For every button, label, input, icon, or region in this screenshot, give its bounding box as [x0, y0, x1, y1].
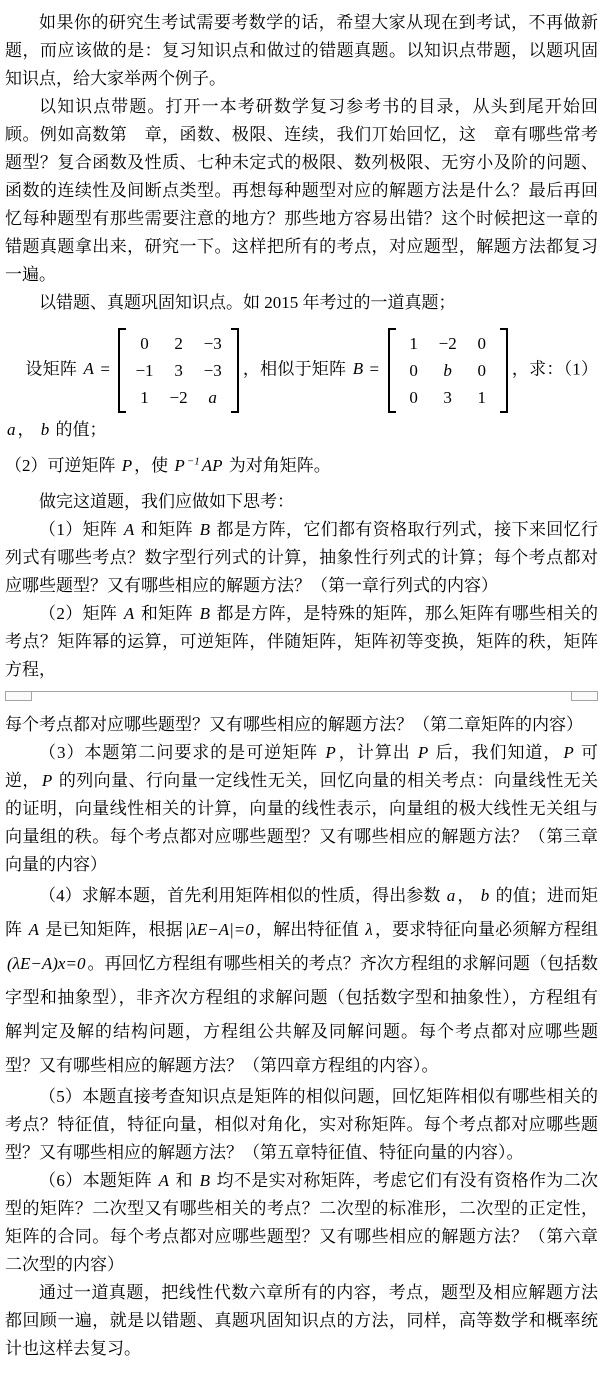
math-variable: P	[120, 456, 134, 475]
text-run: 以知识点带题。打开一本考研数学复习参考书的目录，从头到尾开始回顾。例如高数第 章…	[5, 97, 598, 284]
real-question-intro: 以错题、真题巩固知识点。如 2015 年考过的一道真题；	[5, 289, 598, 317]
text-run: ，计算出	[338, 743, 416, 762]
math-variable: A	[157, 1171, 171, 1190]
matrix-cell: 0	[473, 357, 491, 384]
matrix-cell: 2	[170, 330, 188, 357]
text-run: ，	[457, 886, 479, 905]
think-item-1: （1）矩阵 A 和矩阵 B 都是方阵，它们都有资格取行列式，接下来回忆行列式有哪…	[5, 516, 598, 600]
matrix-cell: 3	[439, 384, 457, 411]
knowledge-point-paragraph: 以知识点带题。打开一本考研数学复习参考书的目录，从头到尾开始回顾。例如高数第 章…	[5, 93, 598, 289]
think-item-3: （3）本题第二问要求的是可逆矩阵 P，计算出 P 后，我们知道，P 可逆，P 的…	[5, 739, 598, 879]
math-variable: A	[122, 520, 136, 539]
math-variable: P	[323, 743, 337, 762]
text-run: =	[96, 359, 115, 378]
matrix-cell: 0	[405, 357, 423, 384]
math-variable: P	[561, 743, 575, 762]
text-run: ，	[18, 420, 39, 439]
math-variable: P	[40, 771, 54, 790]
document-page: 如果你的研究生考试需要考数学的话，希望大家从现在到考试，不再做新题，而应该做的是…	[0, 0, 603, 1375]
text-run: 以错题、真题巩固知识点。如 2015 年考过的一道真题；	[39, 293, 456, 312]
math-variable: P	[416, 743, 430, 762]
text-run: （6）本题矩阵	[39, 1171, 157, 1190]
sub-question-2: （2）可逆矩阵 P，使 P−1AP 为对角矩阵。	[5, 452, 598, 480]
text-run: 通过一道真题，把线性代数六章所有的内容，考点，题型及相应解题方法都回顾一遍，就是…	[5, 1283, 598, 1358]
math-variable: B	[198, 604, 212, 623]
document-body: 如果你的研究生考试需要考数学的话，希望大家从现在到考试，不再做新题，而应该做的是…	[5, 9, 598, 1363]
math-variable: |λE−A|=0	[183, 920, 256, 939]
math-variable: (λE−A)x=0	[5, 954, 87, 973]
text-run: （5）本题直接考查知识点是矩阵的相似问题，回忆矩阵相似有哪些相关的考点？特征值，…	[5, 1087, 598, 1162]
matrix-cell: 0	[405, 384, 423, 411]
text-run: 做完这道题，我们应做如下思考：	[39, 492, 294, 511]
matrix-cell: 0	[135, 330, 153, 357]
matrix-problem-line: 设矩阵 A = 02−3−13−31−2a，相似于矩阵 B = 1−200b00…	[5, 325, 598, 444]
math-variable: P	[172, 456, 186, 475]
text-run: 和矩阵	[136, 520, 197, 539]
text-run: （2）可逆矩阵	[5, 456, 120, 475]
text-run: =	[365, 359, 384, 378]
think-item-2-part1: （2）矩阵 A 和矩阵 B 都是方阵，是特殊的矩阵，那么矩阵有哪些相关的考点？矩…	[5, 600, 598, 684]
matrix-bracket-right	[231, 328, 239, 413]
math-variable: λ	[363, 920, 374, 939]
text-run: ，要求特征向量必须解方程组	[375, 920, 598, 939]
math-variable: A	[122, 604, 136, 623]
page-break-tab-left	[5, 691, 32, 701]
matrix-cell: a	[204, 384, 222, 411]
math-variable: a	[445, 886, 458, 905]
text-run: 的值；	[51, 420, 106, 439]
matrix-B: 1−200b0031	[388, 328, 508, 413]
math-variable: A	[27, 920, 41, 939]
think-item-4: （4）求解本题，首先利用矩阵相似的性质，得出参数 a， b 的值；进而矩阵 A …	[5, 879, 598, 1083]
matrix-cell: −3	[204, 330, 222, 357]
think-intro: 做完这道题，我们应做如下思考：	[5, 488, 598, 516]
text-run: 为对角矩阵。	[225, 456, 331, 475]
matrix-entries: 02−3−13−31−2a	[126, 328, 230, 413]
matrix-cell: −2	[439, 330, 457, 357]
math-variable: A	[82, 359, 96, 378]
math-superscript: −1	[187, 455, 200, 467]
text-run: 设矩阵	[25, 359, 81, 378]
page-break-line	[5, 691, 598, 692]
think-item-5: （5）本题直接考查知识点是矩阵的相似问题，回忆矩阵相似有哪些相关的考点？特征值，…	[5, 1083, 598, 1167]
closing-paragraph: 通过一道真题，把线性代数六章所有的内容，考点，题型及相应解题方法都回顾一遍，就是…	[5, 1279, 598, 1363]
text-run: 是已知矩阵，根据	[41, 920, 183, 939]
matrix-entries: 1−200b0031	[396, 328, 500, 413]
text-run: ，相似于矩阵	[243, 359, 351, 378]
text-run: （3）本题第二问要求的是可逆矩阵	[39, 743, 323, 762]
matrix-bracket-left	[118, 328, 126, 413]
math-variable: B	[198, 520, 212, 539]
matrix-cell: 1	[405, 330, 423, 357]
text-run: （1）矩阵	[39, 520, 122, 539]
text-run: 后，我们知道，	[430, 743, 561, 762]
text-run: （2）矩阵	[39, 604, 122, 623]
text-run: ，求：（1）	[512, 359, 598, 378]
matrix-cell: 1	[135, 384, 153, 411]
text-run: 每个考点都对应哪些题型？又有哪些相应的解题方法？（第二章矩阵的内容）	[5, 715, 583, 734]
math-variable: B	[351, 359, 365, 378]
matrix-A: 02−3−13−31−2a	[118, 328, 238, 413]
matrix-cell: 3	[170, 357, 188, 384]
text-run: 的列向量、行向量一定线性无关，回忆向量的相关考点：向量线性无关的证明，向量线性相…	[5, 771, 598, 874]
text-run: ，解出特征值	[256, 920, 364, 939]
matrix-cell: 1	[473, 384, 491, 411]
text-run: （4）求解本题，首先利用矩阵相似的性质，得出参数	[39, 886, 445, 905]
text-run: 和矩阵	[136, 604, 197, 623]
math-variable: a	[5, 420, 18, 439]
math-variable: b	[479, 886, 492, 905]
intro-paragraph: 如果你的研究生考试需要考数学的话，希望大家从现在到考试，不再做新题，而应该做的是…	[5, 9, 598, 93]
think-item-2-part2: 每个考点都对应哪些题型？又有哪些相应的解题方法？（第二章矩阵的内容）	[5, 711, 598, 739]
page-break-divider	[5, 691, 598, 702]
text-run: 。再回忆方程组有哪些相关的考点？齐次方程组的求解问题（包括数字型和抽象型），非齐…	[5, 954, 598, 1075]
text-run: ，使	[134, 456, 172, 475]
matrix-cell: −1	[135, 357, 153, 384]
math-variable: AP	[200, 456, 225, 475]
text-run: 如果你的研究生考试需要考数学的话，希望大家从现在到考试，不再做新题，而应该做的是…	[5, 13, 598, 88]
math-variable: b	[39, 420, 52, 439]
math-variable: B	[198, 1171, 212, 1190]
page-break-tab-right	[571, 691, 598, 701]
matrix-cell: −3	[204, 357, 222, 384]
matrix-cell: b	[439, 357, 457, 384]
matrix-cell: 0	[473, 330, 491, 357]
matrix-cell: −2	[170, 384, 188, 411]
matrix-bracket-right	[500, 328, 508, 413]
matrix-bracket-left	[388, 328, 396, 413]
think-item-6: （6）本题矩阵 A 和 B 均不是实对称矩阵，考虑它们有没有资格作为二次型的矩阵…	[5, 1167, 598, 1279]
text-run: 和	[171, 1171, 198, 1190]
